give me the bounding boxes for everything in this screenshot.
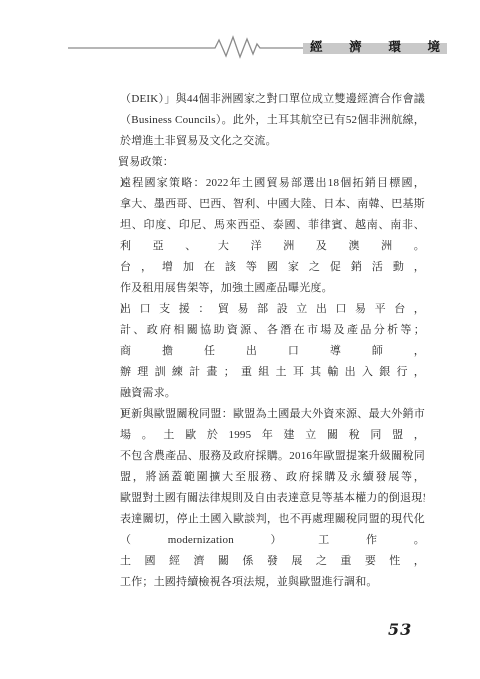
page-header: 經 濟 環 境 xyxy=(0,0,480,70)
text-line: 於增進土非貿易及文化之交流。 xyxy=(120,131,425,152)
text-line: 作及租用展售架等，加強土國產品曝光度。 xyxy=(120,278,425,299)
text-line: 7、貿易政策： xyxy=(118,152,425,173)
text-line: 坦、印度、印尼、馬來西亞、泰國、菲律賓、越南、南非、奈及 xyxy=(120,215,425,236)
page-number: 53 xyxy=(388,620,412,639)
text-line: （3）更新與歐盟關稅同盟：歐盟為土國最大外資來源、最大外銷市 xyxy=(120,404,425,425)
text-line: 表達關切，停止土國入歐談判，也不再處理關稅同盟的現代化 xyxy=(120,509,425,530)
text-line: 台，增加在該等國家之促銷活動，並與當地連鎖超市採購單位合 xyxy=(120,257,425,278)
chapter-title-char: 經 xyxy=(310,42,323,53)
text-line: 盟，將涵蓋範圍擴大至服務、政府採購及永續發展等，惟2018年 xyxy=(120,467,425,488)
paragraph: （DEIK）」與44個非洲國家之對口單位成立雙邊經濟合作會議（Business … xyxy=(96,89,425,152)
chapter-title-char: 濟 xyxy=(349,42,362,53)
paragraph: 7、貿易政策： xyxy=(96,152,425,173)
text-line: （DEIK）」與44個非洲國家之對口單位成立雙邊經濟合作會議 xyxy=(120,89,425,110)
list-item-label: （2） xyxy=(120,299,131,320)
text-line: （2）出口支援：貿易部設立出口易平台，提供全球貿易數據及最新統 xyxy=(120,299,425,320)
text-line: （modernization）工作。2021年3月底歐盟領導人峰會強調歐盟與 xyxy=(120,530,425,551)
paragraph: （3）更新與歐盟關稅同盟：歐盟為土國最大外資來源、最大外銷市場。土歐於1995年… xyxy=(96,404,425,593)
text-line: 不包含農產品、服務及政府採購。2016年歐盟提案升級關稅同 xyxy=(120,446,425,467)
text-line: 土國經濟關係發展之重要性，並表示可展開關稅同盟現代化相關 xyxy=(120,551,425,572)
chapter-title-char: 環 xyxy=(388,42,401,53)
list-item-label: （1） xyxy=(120,173,131,194)
chapter-title-bar: 經 濟 環 境 xyxy=(303,43,447,54)
text-line: 場。土歐於1995年建立關稅同盟，涵蓋工業產品及加工農產品， xyxy=(120,425,425,446)
text-line: （1）遠程國家策略：2022年土國貿易部選出18個拓銷目標國，包含加 xyxy=(120,173,425,194)
paragraph: （1）遠程國家策略：2022年土國貿易部選出18個拓銷目標國，包含加拿大、墨西哥… xyxy=(96,173,425,299)
text-line: 計、政府相關協助資源、各潛在市場及產品分析等；請成功出口 xyxy=(120,320,425,341)
text-line: 商擔任出口導師，並針對加強拓銷國家電子商務市集及社交網路 xyxy=(120,341,425,362)
text-line: 辦理訓練計畫；重組土耳其輸出入銀行，加強協助中小企業出口 xyxy=(120,362,425,383)
document-page: 經 濟 環 境 （DEIK）」與44個非洲國家之對口單位成立雙邊經濟合作會議（B… xyxy=(0,0,480,679)
header-rule-zigzag-icon xyxy=(68,33,303,63)
text-line: （Business Councils）。此外，土耳其航空已有52個非洲航線，亦有… xyxy=(120,110,425,131)
text-line: 拿大、墨西哥、巴西、智利、中國大陸、日本、南韓、巴基斯 xyxy=(120,194,425,215)
paragraph: （2）出口支援：貿易部設立出口易平台，提供全球貿易數據及最新統計、政府相關協助資… xyxy=(96,299,425,404)
body-text: （DEIK）」與44個非洲國家之對口單位成立雙邊經濟合作會議（Business … xyxy=(96,89,425,593)
text-line: 工作；土國持續檢視各項法規，並與歐盟進行調和。 xyxy=(120,572,425,593)
text-line: 融資需求。 xyxy=(120,383,425,404)
text-line: 利亞、大洋洲及澳洲。土國將利用平面及線上媒體廣告等多元平 xyxy=(120,236,425,257)
chapter-title-char: 境 xyxy=(427,42,440,53)
text-line: 歐盟對土國有關法律規則及自由表達意見等基本權力的倒退現象 xyxy=(120,488,425,509)
list-item-label: （3） xyxy=(120,404,131,425)
